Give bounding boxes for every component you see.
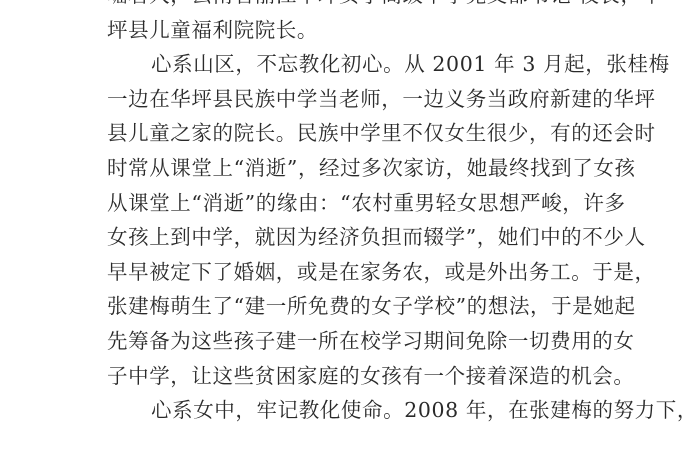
text-line: 心系山区，不忘教化初心。从 2001 年 3 月起，张桂梅 [107, 47, 595, 82]
text-line: 时常从课堂上“消逝”，经过多次家访，她最终找到了女孩 [107, 151, 595, 186]
text-line: 女孩上到中学，就因为经济负担而辍学”，她们中的不少人 [107, 220, 595, 255]
text-line: 一边在华坪县民族中学当老师，一边义务当政府新建的华坪 [107, 82, 595, 117]
paragraph-heart-mountain: 心系山区，不忘教化初心。从 2001 年 3 月起，张桂梅 一边在华坪县民族中学… [107, 47, 595, 393]
paragraph-heart-girls-school: 心系女中，牢记教化使命。2008 年，在张建梅的努力下， [107, 393, 595, 428]
text-line: 崛若人，云南省丽江华坪女子高级中学党支部书记 校长，华 [107, 0, 595, 13]
text-line: 从课堂上“消逝”的缘由：“农村重男轻女思想严峻，许多 [107, 186, 595, 221]
document-page: 崛若人，云南省丽江华坪女子高级中学党支部书记 校长，华 坪县儿童福利院院长。 心… [0, 0, 700, 470]
text-line: 早早被定下了婚姻，或是在家务农，或是外出务工。于是， [107, 255, 595, 290]
text-line: 张建梅萌生了“建一所免费的女子学校”的想法，于是她起 [107, 289, 595, 324]
article-body: 崛若人，云南省丽江华坪女子高级中学党支部书记 校长，华 坪县儿童福利院院长。 心… [107, 0, 595, 428]
text-line: 坪县儿童福利院院长。 [107, 13, 595, 48]
text-line: 先筹备为这些孩子建一所在校学习期间免除一切费用的女 [107, 324, 595, 359]
text-line: 县儿童之家的院长。民族中学里不仅女生很少，有的还会时 [107, 116, 595, 151]
paragraph-intro-tail: 崛若人，云南省丽江华坪女子高级中学党支部书记 校长，华 坪县儿童福利院院长。 [107, 0, 595, 47]
text-line: 心系女中，牢记教化使命。2008 年，在张建梅的努力下， [107, 393, 595, 428]
text-line: 子中学，让这些贫困家庭的女孩有一个接着深造的机会。 [107, 359, 595, 394]
